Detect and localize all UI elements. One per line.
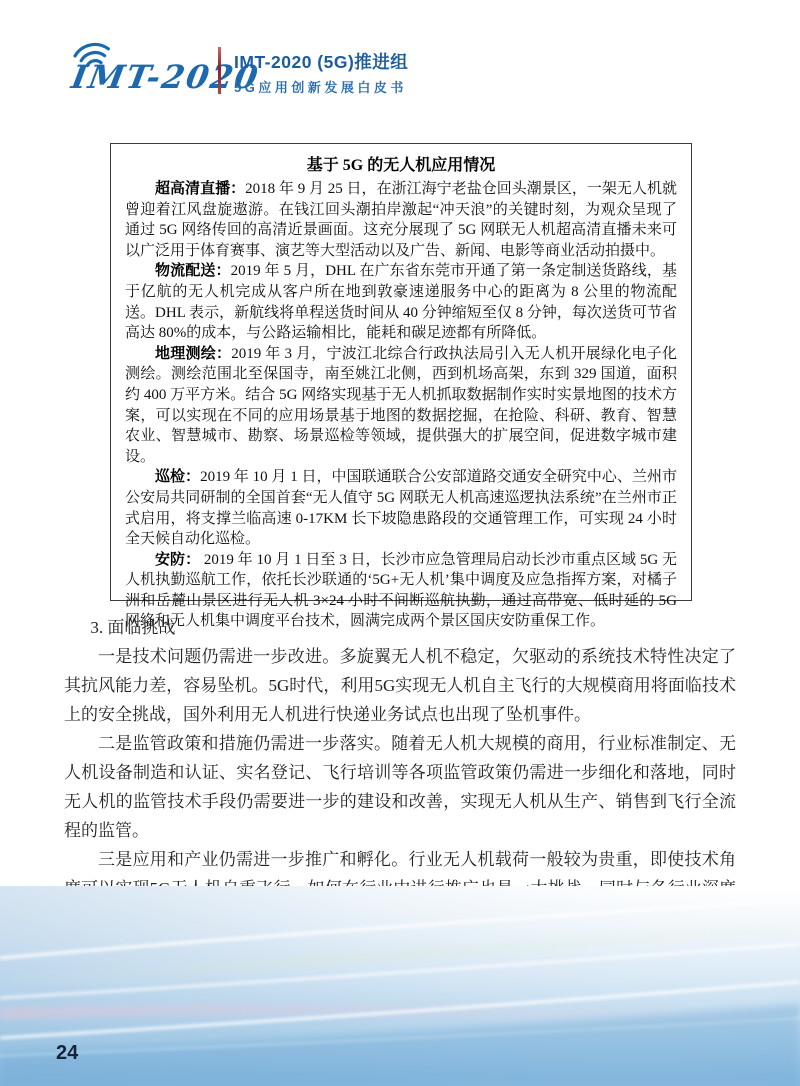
body-paragraph-1: 一是技术问题仍需进一步改进。多旋翼无人机不稳定，欠驱动的系统技术特性决定了其抗风… <box>64 642 736 729</box>
main-text: 3. 面临挑战 一是技术问题仍需进一步改进。多旋翼无人机不稳定，欠驱动的系统技术… <box>0 613 800 932</box>
page-header: IMT-2020 IMT-2020 (5G)推进组 5G应用创新发展白皮书 <box>0 0 800 120</box>
case-paragraph-logistics: 物流配送：2019 年 5 月，DHL 在广东省东莞市开通了第一条定制送货路线，… <box>125 261 677 343</box>
org-title-block: IMT-2020 (5G)推进组 5G应用创新发展白皮书 <box>234 49 408 96</box>
case-label: 巡检： <box>155 469 200 485</box>
header-divider <box>218 47 221 94</box>
imt-2020-logo: IMT-2020 <box>66 40 216 100</box>
whitepaper-title: 5G应用创新发展白皮书 <box>234 77 408 96</box>
case-paragraph-surveying: 地理测绘：2019 年 3 月，宁波江北综合行政执法局引入无人机开展绿化电子化测… <box>125 344 677 468</box>
page-number: 24 <box>56 1042 78 1065</box>
case-text: 2019 年 10 月 1 日，中国联通联合公安部道路交通安全研究中心、兰州市公… <box>125 469 677 547</box>
case-study-box: 基于 5G 的无人机应用情况 超高清直播：2018 年 9 月 25 日，在浙江… <box>110 143 692 601</box>
body-paragraph-2: 二是监管政策和措施仍需进一步落实。随着无人机大规模的商用，行业标准制定、无人机设… <box>64 729 736 845</box>
section-heading: 3. 面临挑战 <box>64 613 736 642</box>
document-page: IMT-2020 IMT-2020 (5G)推进组 5G应用创新发展白皮书 基于… <box>0 0 800 1086</box>
wave-decoration: 24 <box>0 886 800 1086</box>
wave-graphic <box>0 886 800 1086</box>
org-name: IMT-2020 (5G)推进组 <box>234 49 408 74</box>
case-label: 安防： <box>155 552 200 568</box>
case-label: 超高清直播： <box>155 181 245 197</box>
case-box-title: 基于 5G 的无人机应用情况 <box>125 152 677 175</box>
case-paragraph-uhd-live: 超高清直播：2018 年 9 月 25 日，在浙江海宁老盐仓回头潮景区，一架无人… <box>125 179 677 261</box>
case-text: 2019 年 3 月，宁波江北综合行政执法局引入无人机开展绿化电子化测绘。测绘范… <box>125 346 677 465</box>
case-label: 物流配送： <box>155 263 231 279</box>
case-paragraph-inspection: 巡检：2019 年 10 月 1 日，中国联通联合公安部道路交通安全研究中心、兰… <box>125 467 677 549</box>
case-label: 地理测绘： <box>155 346 231 362</box>
